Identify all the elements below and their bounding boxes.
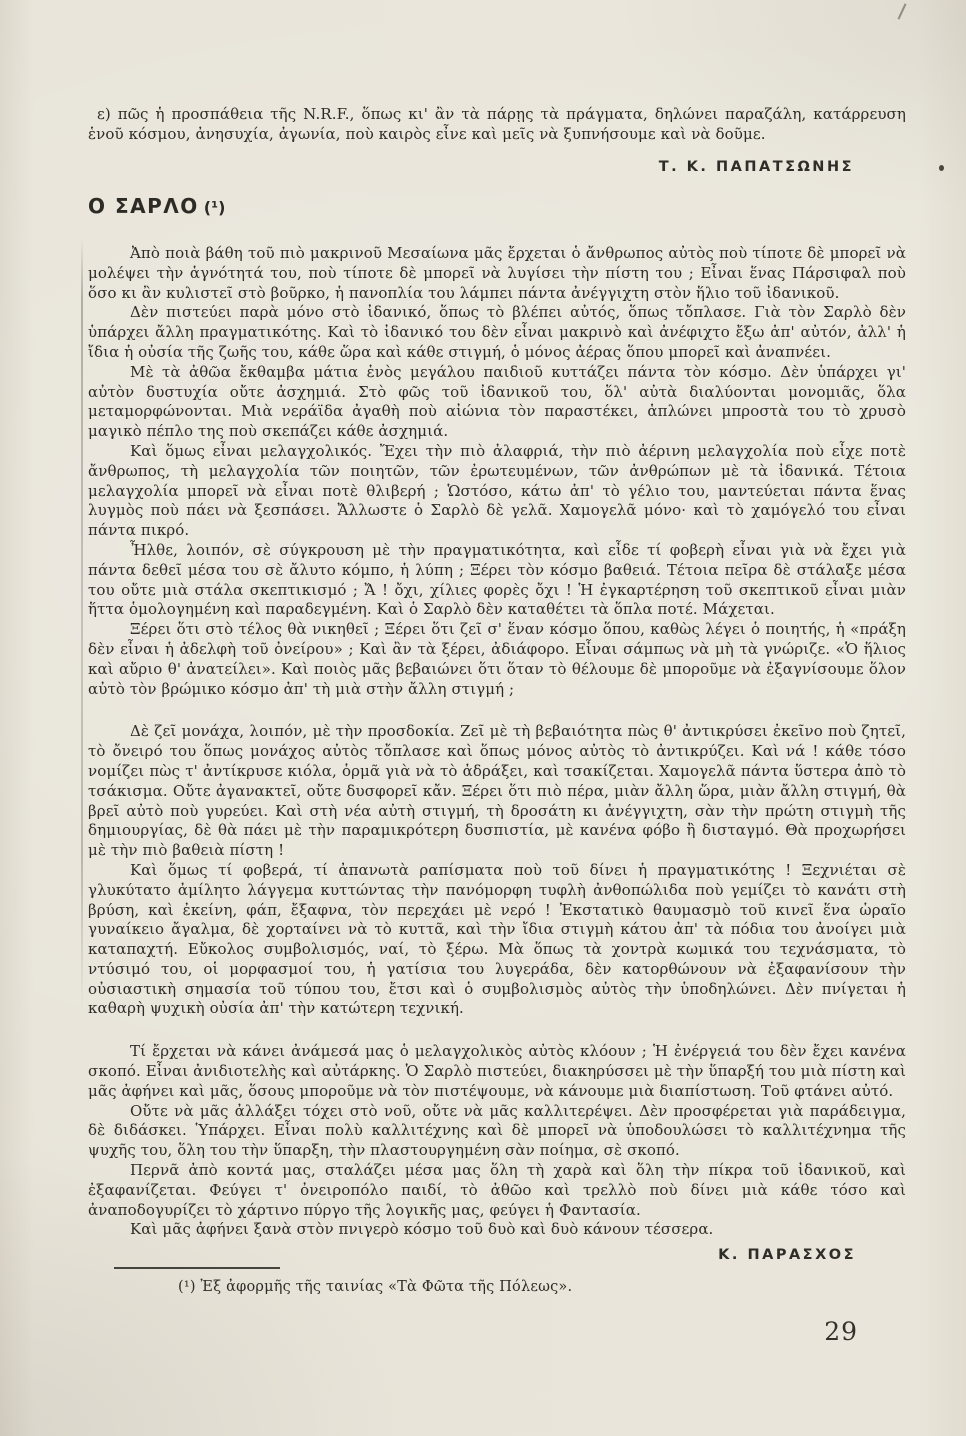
article-paragraph: Καὶ μᾶς ἀφήνει ξανὰ στὸν πνιγερὸ κόσμο τ…	[88, 1220, 906, 1240]
article-title-text: Ο ΣΑΡΛΟ	[88, 194, 199, 218]
carryover-paragraph: ε) πῶς ἡ προσπάθεια τῆς N.R.F., ὅπως κι'…	[88, 104, 906, 144]
article-paragraph: Καὶ ὅμως τί φοβερά, τί ἀπανωτὰ ραπίσματα…	[88, 861, 906, 1019]
article-paragraph: Ἦλθε, λοιπόν, σὲ σύγκρουση μὲ τὴν πραγμα…	[88, 541, 906, 620]
author-signature-papatsonis: Τ. Κ. ΠΑΠΑΤΣΩΝΗΣ	[88, 159, 906, 175]
footnote-separator-rule	[114, 1267, 280, 1269]
author-signature-paraschos: Κ. ΠΑΡΑΣΧΟΣ	[88, 1247, 906, 1263]
article-paragraph: Δὲ ζεῖ μονάχα, λοιπόν, μὲ τὴν προσδοκία.…	[88, 722, 906, 861]
article-paragraph: Ἀπὸ ποιὰ βάθη τοῦ πιὸ μακρινοῦ Μεσαίωνα …	[88, 244, 906, 303]
article-paragraph: Περνᾶ ἀπὸ κοντά μας, σταλάζει μέσα μας ὅ…	[88, 1161, 906, 1220]
article-paragraph: Οὔτε νὰ μᾶς ἀλλάξει τόχει στὸ νοῦ, οὔτε …	[88, 1102, 906, 1161]
article-paragraph: Καὶ ὅμως εἶναι μελαγχολικός. Ἔχει τὴν πι…	[88, 442, 906, 541]
article-body: Ἀπὸ ποιὰ βάθη τοῦ πιὸ μακρινοῦ Μεσαίωνα …	[88, 244, 906, 1240]
page-number: 29	[88, 1317, 906, 1346]
ink-speck	[939, 165, 944, 171]
scanned-page: ε) πῶς ἡ προσπάθεια τῆς N.R.F., ὅπως κι'…	[0, 0, 966, 1436]
article-title: Ο ΣΑΡΛΟ(¹)	[88, 194, 906, 218]
scan-edge-mark	[898, 3, 907, 19]
article-paragraph: Τί ἔρχεται νὰ κάνει ἀνάμεσά μας ὁ μελαγχ…	[88, 1042, 906, 1101]
article-paragraph: Μὲ τὰ ἀθῶα ἔκθαμβα μάτια ἑνὸς μεγάλου πα…	[88, 363, 906, 442]
article-paragraph: Ξέρει ὅτι στὸ τέλος θὰ νικηθεῖ ; Ξέρει ὅ…	[88, 620, 906, 699]
article-paragraph: Δὲν πιστεύει παρὰ μόνο στὸ ἰδανικό, ὅπως…	[88, 303, 906, 362]
scan-fold-line	[81, 238, 83, 1010]
text-block: ε) πῶς ἡ προσπάθεια τῆς N.R.F., ὅπως κι'…	[88, 104, 906, 1346]
footnote: (¹) Ἐξ ἀφορμῆς τῆς ταινίας «Τὰ Φῶτα τῆς …	[88, 1279, 906, 1295]
footnote-reference: (¹)	[204, 198, 226, 217]
